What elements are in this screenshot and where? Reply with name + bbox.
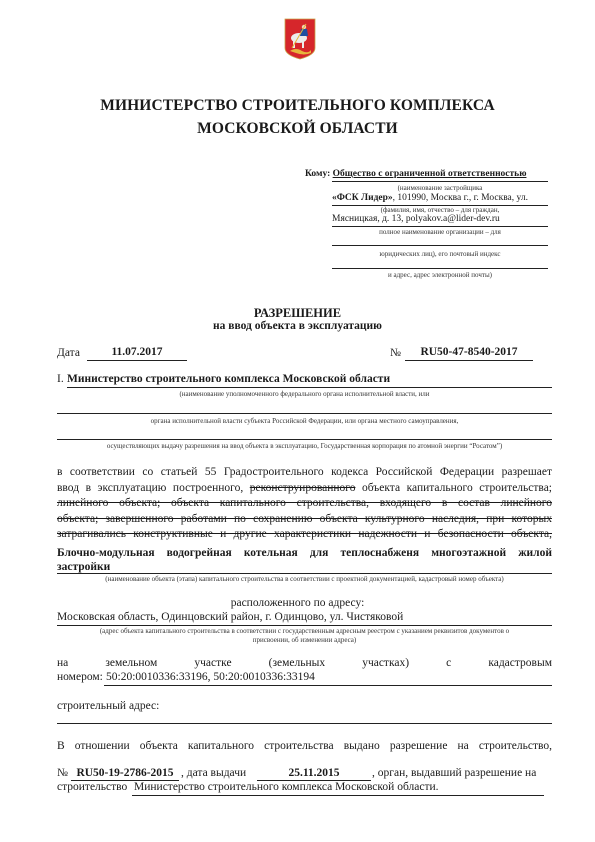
basis-struck-line-3: линейного объекта; объекта капитального …: [57, 496, 552, 512]
recipient-address-line3: Мясницкая, д. 13, polyakov.a@lider-dev.r…: [332, 214, 500, 224]
recipient-hint-3: полное наименование организации – для: [332, 228, 548, 236]
land-plot-line: на земельном участке (земельных участках…: [57, 657, 552, 669]
address-hint: (адрес объекта капитального строительств…: [57, 627, 552, 645]
recipient-label: Кому:: [305, 169, 330, 179]
object-hint: (наименование объекта (этапа) капитально…: [57, 575, 552, 583]
permit-intro: В отношении объекта капитального строите…: [57, 740, 552, 752]
coat-of-arms-icon: [284, 18, 316, 60]
address-hint-line-1: (адрес объекта капитального строительств…: [57, 627, 552, 636]
object-name-line-1: Блочно-модульная водогрейная котельная д…: [57, 546, 552, 560]
cadastral-label: номером:: [57, 671, 103, 683]
object-name-line-2: застройки: [57, 560, 552, 574]
recipient-address-part1: , 101990, Москва г., г. Москва, ул.: [393, 193, 528, 203]
recipient-underline-4: [332, 245, 548, 246]
basis-line-2: ввод в эксплуатацию построенного, реконс…: [57, 481, 552, 497]
recipient-label-row: Кому: Общество с ограниченной ответствен…: [305, 169, 526, 179]
ministry-title-line2: МОСКОВСКОЙ ОБЛАСТИ: [0, 120, 595, 138]
basis-struck-line-4: объекта; завершенного работами по сохран…: [57, 512, 552, 528]
recipient-hint-1: (наименование застройщика: [332, 184, 548, 192]
document-title: РАЗРЕШЕНИЕ: [0, 306, 595, 321]
recipient-underline-3: [332, 226, 548, 227]
recipient-name-line1: Общество с ограниченной ответственностью: [333, 169, 527, 179]
permit-issuer-value: Министерство строительного комплекса Мос…: [134, 781, 439, 793]
number-label: №: [390, 347, 401, 359]
permit-number-value: RU50-19-2786-2015: [71, 767, 179, 779]
authority-hint-3: осуществляющих выдачу разрешения на ввод…: [57, 442, 552, 450]
authority-underline: [67, 387, 552, 388]
basis-paragraph: в соответствии со статьей 55 Градостроит…: [57, 465, 552, 543]
authority-hint-2: органа исполнительной власти субъекта Ро…: [57, 417, 552, 425]
number-underline: [405, 360, 533, 361]
permit-issuer-underline: [132, 795, 544, 796]
basis-struck-line-5: затрагивались конструктивные и другие ха…: [57, 527, 552, 543]
authority-hint-1: (наименование уполномоченного федерально…: [57, 390, 552, 398]
object-underline: [57, 573, 552, 574]
recipient-name-line2: «ФСК Лидер», 101990, Москва г., г. Москв…: [332, 193, 528, 203]
authority-underline-2: [57, 413, 552, 414]
basis-struck-reconstructed: реконструированного: [250, 482, 356, 494]
date-underline: [87, 360, 187, 361]
recipient-hint-2: (фамилия, имя, отчество – для граждан,: [332, 206, 548, 214]
document-subtitle: на ввод объекта в эксплуатацию: [0, 320, 595, 332]
object-name: Блочно-модульная водогрейная котельная д…: [57, 546, 552, 574]
date-value: 11.07.2017: [87, 346, 187, 358]
section-numeral: I.: [57, 373, 64, 385]
cadastral-underline: [104, 685, 552, 686]
recipient-hint-4: юридических лиц), его почтовый индекс: [332, 250, 548, 258]
basis-line2-text-b: объекта капитального строительства;: [355, 482, 552, 494]
recipient-company-name: «ФСК Лидер»: [332, 193, 393, 203]
permit-issuer-label: , орган, выдавший разрешение на: [372, 767, 536, 779]
cadastral-numbers: 50:20:0010336:33196, 50:20:0010336:33194: [106, 671, 315, 683]
date-label: Дата: [57, 347, 80, 359]
recipient-underline-5: [332, 268, 548, 269]
recipient-underline-1: [332, 181, 548, 182]
basis-line2-text-a: ввод в эксплуатацию построенного,: [57, 482, 250, 494]
build-address-underline: [57, 723, 552, 724]
permit-number-label: №: [57, 767, 68, 779]
address-underline: [57, 625, 552, 626]
issuing-authority: Министерство строительного комплекса Мос…: [67, 373, 390, 385]
permit-date-label: , дата выдачи: [181, 767, 246, 779]
ministry-title-line1: МИНИСТЕРСТВО СТРОИТЕЛЬНОГО КОМПЛЕКСА: [0, 97, 595, 115]
number-value: RU50-47-8540-2017: [405, 346, 533, 358]
recipient-hint-5: и адрес, адрес электронной почты): [332, 271, 548, 279]
build-address-label: строительный адрес:: [57, 700, 159, 712]
location-label: расположенного по адресу:: [0, 597, 595, 609]
authority-underline-3: [57, 439, 552, 440]
object-address: Московская область, Одинцовский район, г…: [57, 611, 403, 623]
permit-issuer-prefix: строительство: [57, 781, 127, 793]
basis-line-1: в соответствии со статьей 55 Градостроит…: [57, 465, 552, 481]
permit-date-value: 25.11.2015: [257, 767, 371, 779]
address-hint-line-2: присвоении, об изменении адреса): [57, 636, 552, 645]
